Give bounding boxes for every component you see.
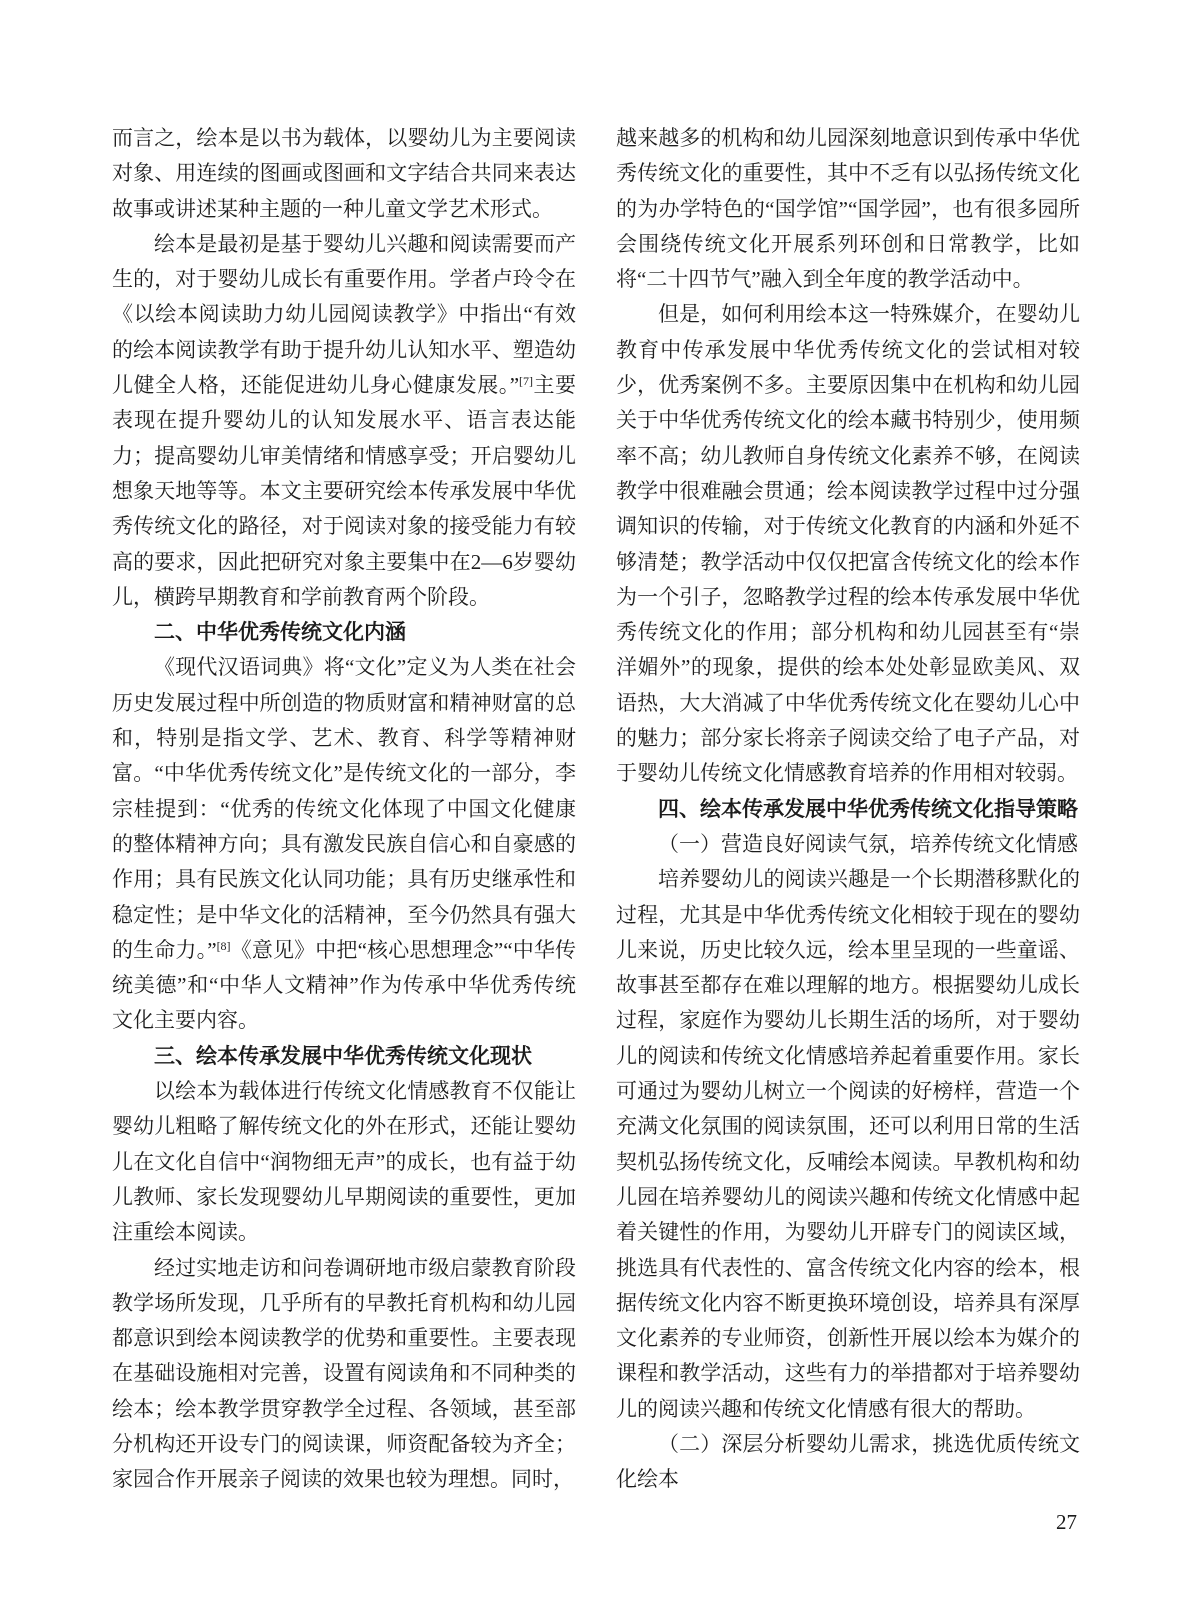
- body-paragraph: 《现代汉语词典》将“文化”定义为人类在社会历史发展过程中所创造的物质财富和精神财…: [112, 650, 576, 1038]
- subsection-heading: （二）深层分析婴幼儿需求，挑选优质传统文化绘本: [616, 1427, 1080, 1498]
- right-column: 越来越多的机构和幼儿园深刻地意识到传承中华优秀传统文化的重要性，其中不乏有以弘扬…: [616, 121, 1080, 1498]
- left-column: 而言之，绘本是以书为载体，以婴幼儿为主要阅读对象、用连续的图画或图画和文字结合共…: [112, 121, 576, 1498]
- section-heading: 二、中华优秀传统文化内涵: [112, 615, 576, 650]
- page-number: 27: [1056, 1510, 1077, 1535]
- two-column-text-area: 而言之，绘本是以书为载体，以婴幼儿为主要阅读对象、用连续的图画或图画和文字结合共…: [112, 121, 1080, 1498]
- body-paragraph: 经过实地走访和问卷调研地市级启蒙教育阶段教学场所发现，几乎所有的早教托育机构和幼…: [112, 1251, 576, 1498]
- section-heading: 三、绘本传承发展中华优秀传统文化现状: [112, 1039, 576, 1074]
- body-paragraph: 越来越多的机构和幼儿园深刻地意识到传承中华优秀传统文化的重要性，其中不乏有以弘扬…: [616, 121, 1080, 297]
- citation-reference: [7]: [519, 374, 533, 388]
- body-paragraph: 而言之，绘本是以书为载体，以婴幼儿为主要阅读对象、用连续的图画或图画和文字结合共…: [112, 121, 576, 227]
- body-paragraph: 以绘本为载体进行传统文化情感教育不仅能让婴幼儿粗略了解传统文化的外在形式，还能让…: [112, 1074, 576, 1250]
- body-paragraph: 绘本是最初是基于婴幼儿兴趣和阅读需要而产生的，对于婴幼儿成长有重要作用。学者卢玲…: [112, 227, 576, 615]
- subsection-heading: （一）营造良好阅读气氛，培养传统文化情感: [616, 827, 1080, 862]
- document-page: 而言之，绘本是以书为载体，以婴幼儿为主要阅读对象、用连续的图画或图画和文字结合共…: [0, 0, 1191, 1616]
- body-paragraph: 培养婴幼儿的阅读兴趣是一个长期潜移默化的过程，尤其是中华优秀传统文化相较于现在的…: [616, 862, 1080, 1427]
- citation-reference: [8]: [217, 939, 231, 953]
- section-heading: 四、绘本传承发展中华优秀传统文化指导策略: [616, 792, 1080, 827]
- body-paragraph: 但是，如何利用绘本这一特殊媒介，在婴幼儿教育中传承发展中华优秀传统文化的尝试相对…: [616, 297, 1080, 791]
